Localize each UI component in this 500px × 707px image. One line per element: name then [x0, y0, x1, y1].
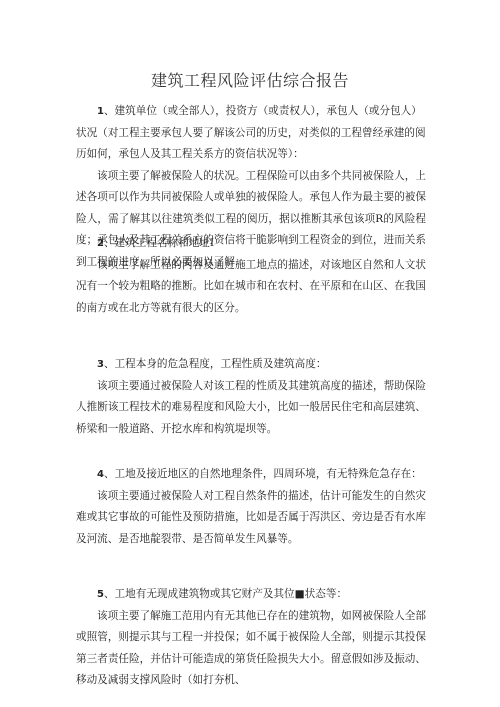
section-heading: 1、建筑单位（或全部人），投资方（或责权人），承包人（或分包人）状况（对工程主要…: [76, 101, 426, 166]
document-title: 建筑工程风险评估综合报告: [0, 68, 500, 91]
section-body: 该项主了解工程的内容及通过施工地点的描述，对该地区自然和人文状况有一个较为粗略的…: [76, 255, 426, 320]
section-heading: 4、工地及接近地区的自然地理条件，四周环境，有无特殊危急存在：: [76, 464, 426, 486]
section-body: 该项主要通过被保险人对该工程的性质及其建筑高度的描述，帮助保险人推断该工程技术的…: [76, 376, 426, 441]
section-2: 2、建筑工程名称和地址I 该项主了解工程的内容及通过施工地点的描述，对该地区自然…: [76, 233, 426, 319]
section-4: 4、工地及接近地区的自然地理条件，四周环境，有无特殊危急存在： 该项主要通过被保…: [76, 464, 426, 550]
section-heading: 3、工程本身的危急程度，工程性质及建筑高度：: [76, 354, 426, 376]
section-heading: 5、工地有无现成建筑物或其它财产及其位■状态等：: [76, 584, 426, 606]
section-3: 3、工程本身的危急程度，工程性质及建筑高度： 该项主要通过被保险人对该工程的性质…: [76, 354, 426, 440]
document-page: 建筑工程风险评估综合报告 1、建筑单位（或全部人），投资方（或责权人），承包人（…: [0, 0, 500, 707]
section-body: 该项主要了解施工范用内有无其他已存在的建筑物，如网被保险人全部或照管，则提示其与…: [76, 606, 426, 692]
section-5: 5、工地有无现成建筑物或其它财产及其位■状态等： 该项主要了解施工范用内有无其他…: [76, 584, 426, 692]
section-body: 该项主要通过被保险人对工程自然条件的描述，估计可能发生的自然灾难或其它事故的可能…: [76, 486, 426, 551]
section-heading: 2、建筑工程名称和地址I: [76, 233, 426, 255]
